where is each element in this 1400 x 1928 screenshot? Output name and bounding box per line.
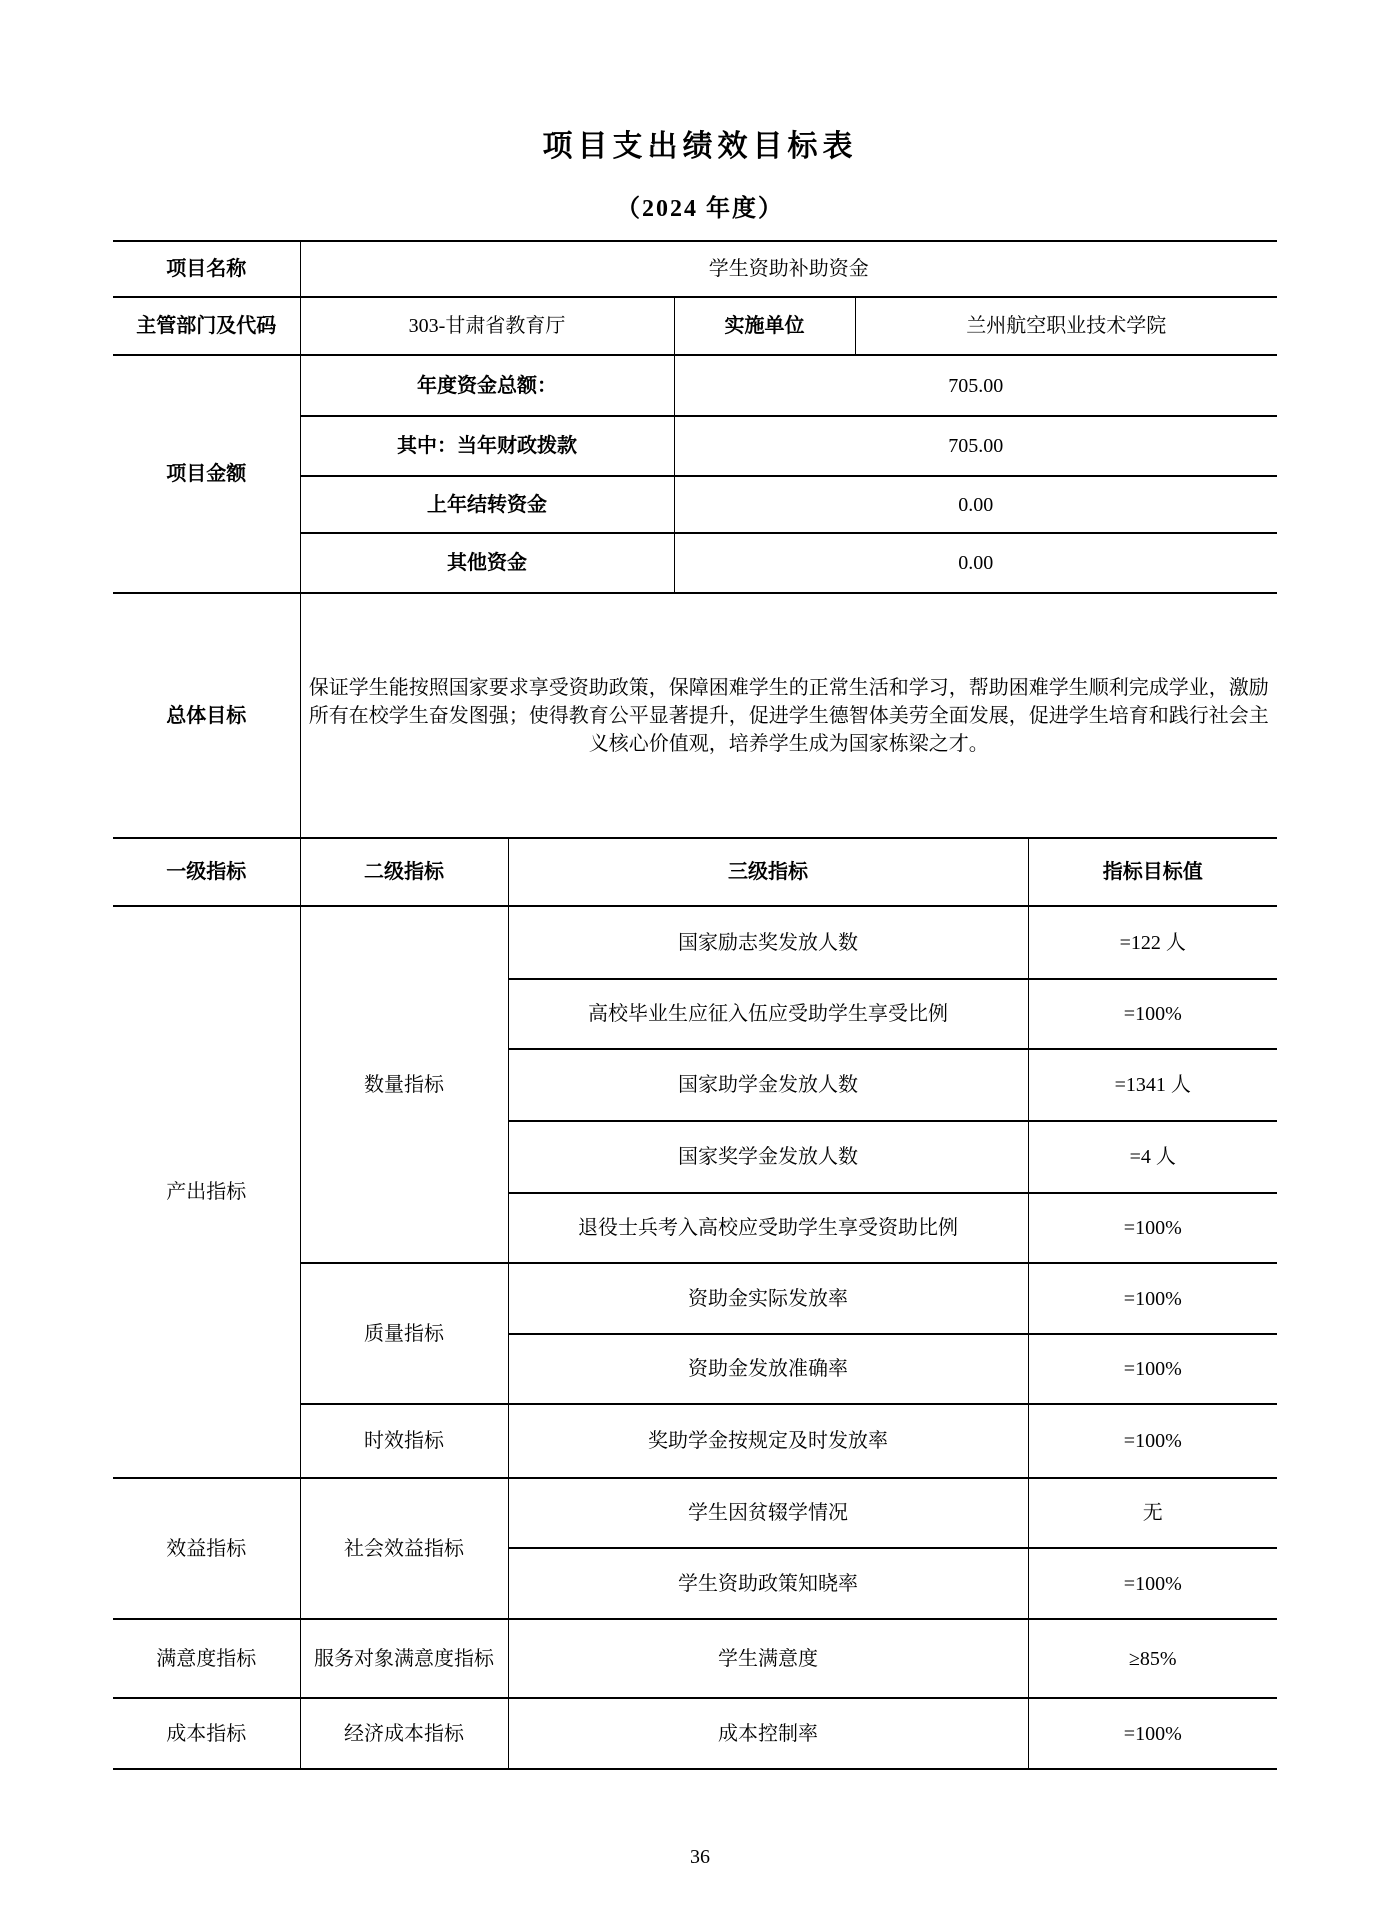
indicator-target: =122 人 (1028, 906, 1277, 979)
indicator-target: =1341 人 (1028, 1049, 1277, 1121)
overall-goal-text: 保证学生能按照国家要求享受资助政策，保障困难学生的正常生活和学习，帮助困难学生顺… (300, 593, 1277, 838)
level2-cell: 数量指标 (300, 906, 508, 1263)
indicator-row: 产出指标 数量指标 国家励志奖发放人数 =122 人 (113, 906, 1277, 979)
indicator-name: 资助金发放准确率 (508, 1334, 1028, 1404)
indicator-name: 学生满意度 (508, 1619, 1028, 1698)
amount-total-label: 年度资金总额： (300, 355, 674, 416)
amount-fiscal-label: 其中：当年财政拨款 (300, 416, 674, 476)
indicator-name: 学生资助政策知晓率 (508, 1548, 1028, 1619)
indicator-target: =100% (1028, 1334, 1277, 1404)
indicator-row: 满意度指标 服务对象满意度指标 学生满意度 ≥85% (113, 1619, 1277, 1698)
amount-label: 项目金额 (113, 355, 300, 593)
indicator-name: 退役士兵考入高校应受助学生享受资助比例 (508, 1193, 1028, 1263)
amount-fiscal-value: 705.00 (674, 416, 1277, 476)
indicator-header-row: 一级指标 二级指标 三级指标 指标目标值 (113, 838, 1277, 906)
indicator-name: 国家助学金发放人数 (508, 1049, 1028, 1121)
level2-cell: 质量指标 (300, 1263, 508, 1404)
indicator-target: =100% (1028, 1263, 1277, 1334)
level2-cell: 时效指标 (300, 1404, 508, 1478)
level1-cell: 满意度指标 (113, 1619, 300, 1698)
indicator-target: 无 (1028, 1478, 1277, 1548)
department-label: 主管部门及代码 (113, 297, 300, 355)
document-page: 项目支出绩效目标表 （2024 年度） 项目名称 学生资助补助资金 主管部门及代… (0, 0, 1400, 1928)
indicator-name: 资助金实际发放率 (508, 1263, 1028, 1334)
indicator-target: =100% (1028, 1404, 1277, 1478)
table-row: 总体目标 保证学生能按照国家要求享受资助政策，保障困难学生的正常生活和学习，帮助… (113, 593, 1277, 838)
performance-target-table: 项目名称 学生资助补助资金 主管部门及代码 303-甘肃省教育厅 实施单位 兰州… (113, 240, 1277, 1770)
project-name-label: 项目名称 (113, 241, 300, 297)
indicator-row: 效益指标 社会效益指标 学生因贫辍学情况 无 (113, 1478, 1277, 1548)
level2-cell: 经济成本指标 (300, 1698, 508, 1769)
page-number: 36 (0, 1846, 1400, 1869)
indicator-target: =100% (1028, 979, 1277, 1049)
header-level1: 一级指标 (113, 838, 300, 906)
header-target: 指标目标值 (1028, 838, 1277, 906)
header-level3: 三级指标 (508, 838, 1028, 906)
level1-cell: 产出指标 (113, 906, 300, 1478)
indicator-name: 国家励志奖发放人数 (508, 906, 1028, 979)
indicator-target: =100% (1028, 1193, 1277, 1263)
indicator-name: 高校毕业生应征入伍应受助学生享受比例 (508, 979, 1028, 1049)
level2-cell: 服务对象满意度指标 (300, 1619, 508, 1698)
amount-other-value: 0.00 (674, 533, 1277, 593)
indicator-target: =4 人 (1028, 1121, 1277, 1193)
table-row: 项目名称 学生资助补助资金 (113, 241, 1277, 297)
table-row: 主管部门及代码 303-甘肃省教育厅 实施单位 兰州航空职业技术学院 (113, 297, 1277, 355)
department-value: 303-甘肃省教育厅 (300, 297, 674, 355)
indicator-name: 成本控制率 (508, 1698, 1028, 1769)
amount-carryover-value: 0.00 (674, 476, 1277, 533)
amount-other-label: 其他资金 (300, 533, 674, 593)
level1-cell: 成本指标 (113, 1698, 300, 1769)
indicator-target: =100% (1028, 1548, 1277, 1619)
amount-total-value: 705.00 (674, 355, 1277, 416)
indicator-name: 学生因贫辍学情况 (508, 1478, 1028, 1548)
indicator-row: 成本指标 经济成本指标 成本控制率 =100% (113, 1698, 1277, 1769)
indicator-target: ≥85% (1028, 1619, 1277, 1698)
level1-cell: 效益指标 (113, 1478, 300, 1619)
page-subtitle: （2024 年度） (0, 194, 1400, 224)
overall-goal-label: 总体目标 (113, 593, 300, 838)
header-level2: 二级指标 (300, 838, 508, 906)
level2-cell: 社会效益指标 (300, 1478, 508, 1619)
implementing-unit-value: 兰州航空职业技术学院 (855, 297, 1277, 355)
project-name-value: 学生资助补助资金 (300, 241, 1277, 297)
implementing-unit-label: 实施单位 (674, 297, 855, 355)
indicator-name: 国家奖学金发放人数 (508, 1121, 1028, 1193)
amount-carryover-label: 上年结转资金 (300, 476, 674, 533)
indicator-target: =100% (1028, 1698, 1277, 1769)
table-row: 项目金额 年度资金总额： 705.00 (113, 355, 1277, 416)
page-title: 项目支出绩效目标表 (0, 128, 1400, 166)
indicator-name: 奖助学金按规定及时发放率 (508, 1404, 1028, 1478)
